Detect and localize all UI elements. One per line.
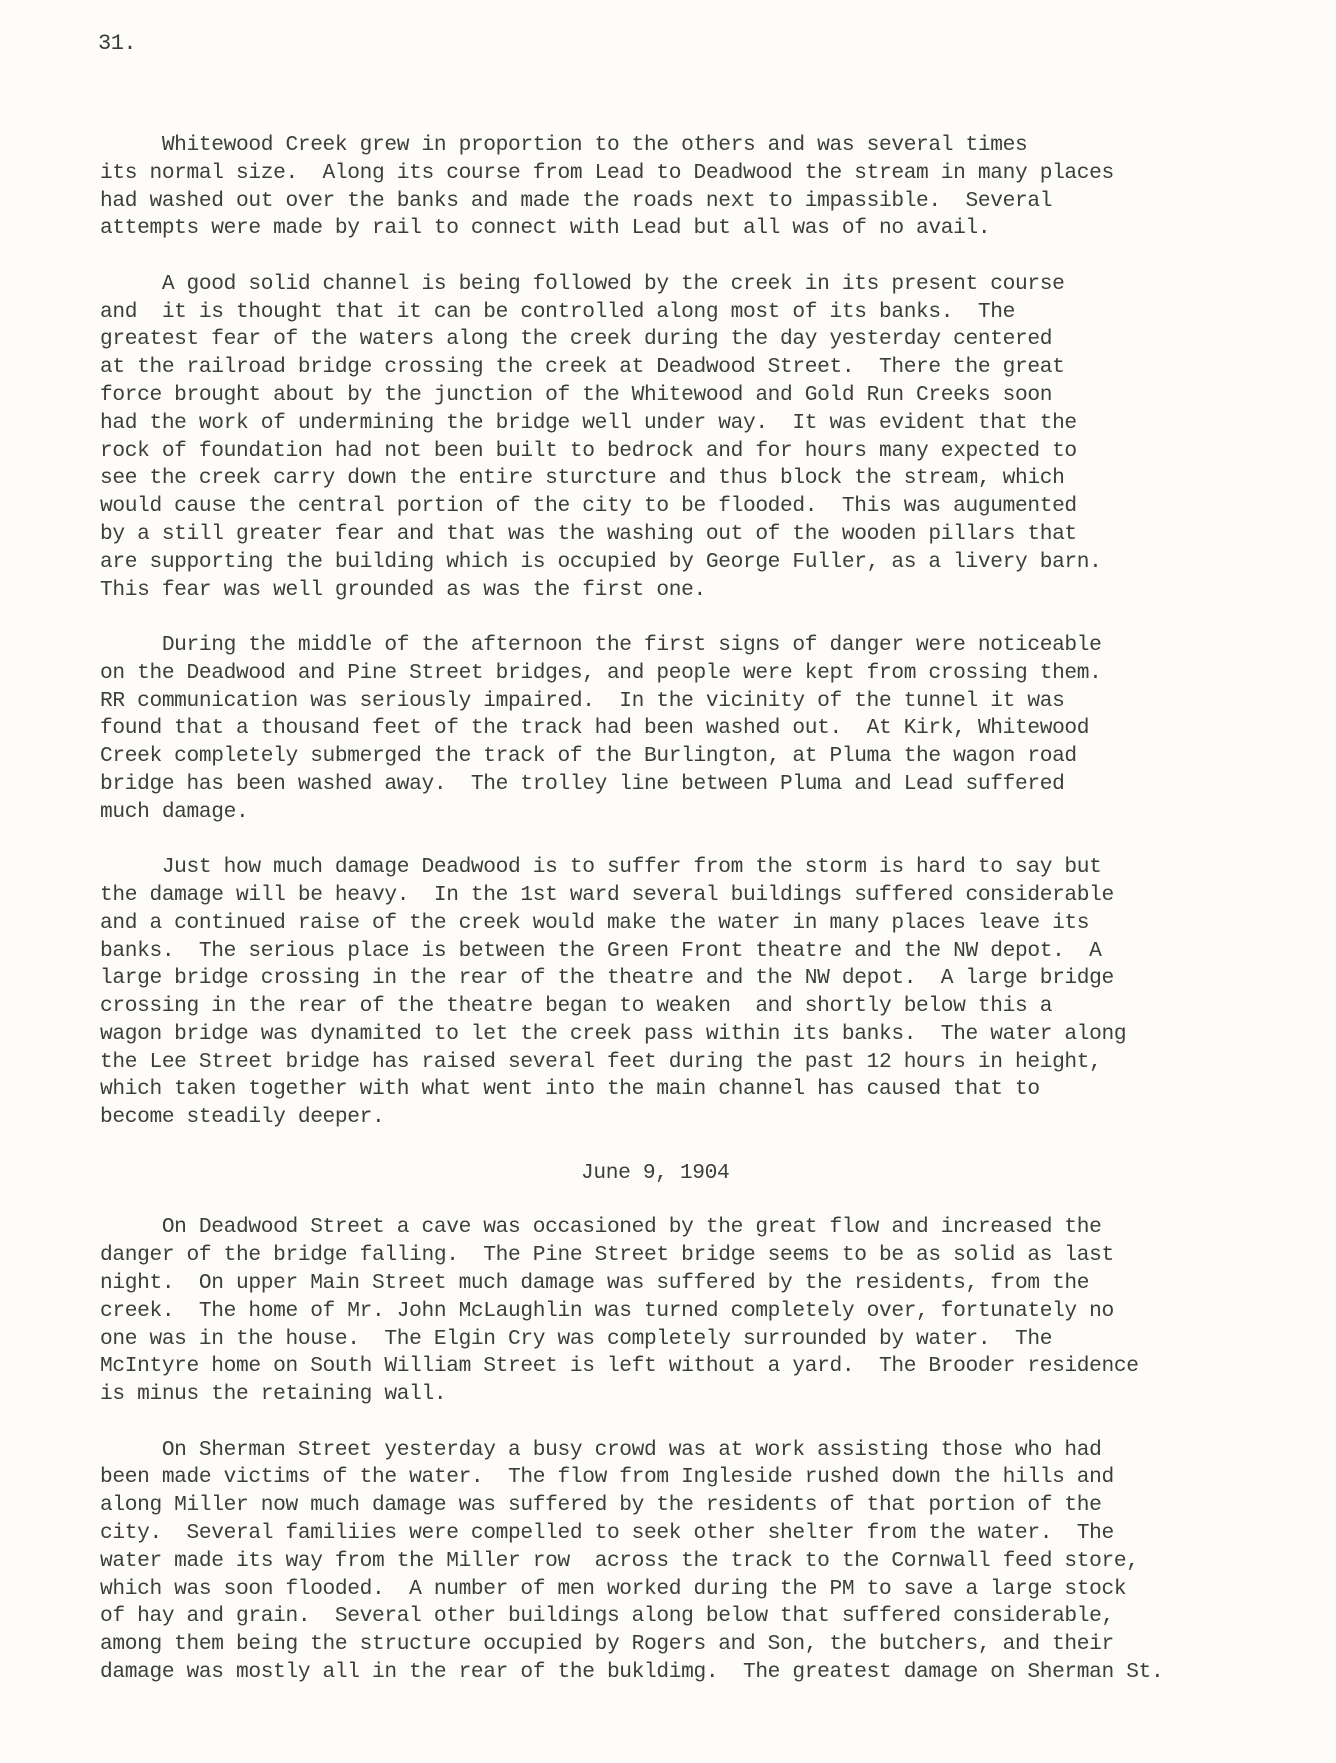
text-line: Whitewood Creek grew in proportion to th… [100, 132, 1330, 160]
text-line: much damage. [100, 799, 1330, 827]
page-number: 31. [98, 31, 136, 56]
text-line: been made victims of the water. The flow… [100, 1464, 1330, 1492]
text-line: city. Several familiies were compelled t… [100, 1520, 1330, 1548]
text-line: crossing in the rear of the theatre bega… [100, 993, 1330, 1021]
text-line: would cause the central portion of the c… [100, 493, 1330, 521]
text-line: and a continued raise of the creek would… [100, 910, 1330, 938]
text-line: of hay and grain. Several other building… [100, 1603, 1330, 1631]
text-line: along Miller now much damage was suffere… [100, 1492, 1330, 1520]
paragraph-deadwood-street-cave: On Deadwood Street a cave was occasioned… [100, 1214, 1330, 1409]
text-line: had the work of undermining the bridge w… [100, 410, 1330, 438]
text-line: water made its way from the Miller row a… [100, 1548, 1330, 1576]
text-line: banks. The serious place is between the … [100, 938, 1330, 966]
text-line: among them being the structure occupied … [100, 1631, 1330, 1659]
date-heading: June 9, 1904 [100, 1160, 1330, 1188]
text-line: at the railroad bridge crossing the cree… [100, 354, 1330, 382]
text-line: wagon bridge was dynamited to let the cr… [100, 1021, 1330, 1049]
text-line: are supporting the building which is occ… [100, 549, 1330, 577]
text-line: greatest fear of the waters along the cr… [100, 326, 1330, 354]
paragraph-deadwood-damage: Just how much damage Deadwood is to suff… [100, 854, 1330, 1132]
text-line: and it is thought that it can be control… [100, 299, 1330, 327]
paragraph-whitewood-creek: Whitewood Creek grew in proportion to th… [100, 132, 1330, 243]
text-line: by a still greater fear and that was the… [100, 521, 1330, 549]
text-line: become steadily deeper. [100, 1104, 1330, 1132]
text-line: found that a thousand feet of the track … [100, 715, 1330, 743]
text-line: On Sherman Street yesterday a busy crowd… [100, 1437, 1330, 1465]
text-line: one was in the house. The Elgin Cry was … [100, 1326, 1330, 1354]
paragraph-solid-channel: A good solid channel is being followed b… [100, 271, 1330, 605]
paragraph-afternoon-danger: During the middle of the afternoon the f… [100, 632, 1330, 827]
text-line: its normal size. Along its course from L… [100, 160, 1330, 188]
paragraph-sherman-street: On Sherman Street yesterday a busy crowd… [100, 1437, 1330, 1687]
text-line: which was soon flooded. A number of men … [100, 1576, 1330, 1604]
text-line: A good solid channel is being followed b… [100, 271, 1330, 299]
document-page: 31. Whitewood Creek grew in proportion t… [0, 0, 1336, 1763]
document-body: Whitewood Creek grew in proportion to th… [100, 132, 1330, 1714]
text-line: attempts were made by rail to connect wi… [100, 215, 1330, 243]
text-line: night. On upper Main Street much damage … [100, 1270, 1330, 1298]
text-line: rock of foundation had not been built to… [100, 438, 1330, 466]
text-line: McIntyre home on South William Street is… [100, 1353, 1330, 1381]
text-line: creek. The home of Mr. John McLaughlin w… [100, 1298, 1330, 1326]
text-line: This fear was well grounded as was the f… [100, 577, 1330, 605]
text-line: damage was mostly all in the rear of the… [100, 1659, 1330, 1687]
text-line: On Deadwood Street a cave was occasioned… [100, 1214, 1330, 1242]
text-line: danger of the bridge falling. The Pine S… [100, 1242, 1330, 1270]
text-line: Creek completely submerged the track of … [100, 743, 1330, 771]
text-line: bridge has been washed away. The trolley… [100, 771, 1330, 799]
text-line: had washed out over the banks and made t… [100, 188, 1330, 216]
text-line: large bridge crossing in the rear of the… [100, 965, 1330, 993]
text-line: force brought about by the junction of t… [100, 382, 1330, 410]
text-line: the Lee Street bridge has raised several… [100, 1049, 1330, 1077]
text-line: Just how much damage Deadwood is to suff… [100, 854, 1330, 882]
text-line: is minus the retaining wall. [100, 1381, 1330, 1409]
text-line: RR communication was seriously impaired.… [100, 688, 1330, 716]
text-line: on the Deadwood and Pine Street bridges,… [100, 660, 1330, 688]
text-line: During the middle of the afternoon the f… [100, 632, 1330, 660]
text-line: the damage will be heavy. In the 1st war… [100, 882, 1330, 910]
text-line: see the creek carry down the entire stur… [100, 465, 1330, 493]
text-line: which taken together with what went into… [100, 1076, 1330, 1104]
